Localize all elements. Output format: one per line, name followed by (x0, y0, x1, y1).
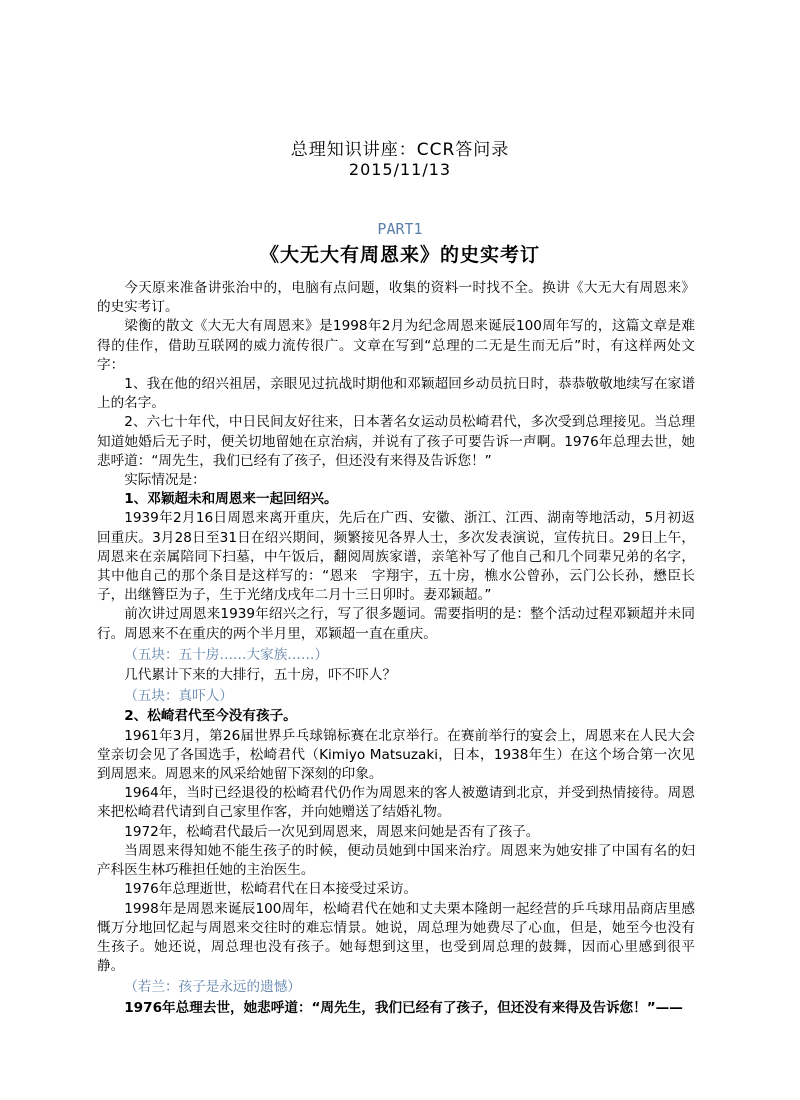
paragraph: 1939年2月16日周恩来离开重庆，先后在广西、安徽、浙江、江西、湖南等地活动，… (97, 509, 695, 605)
paragraph: 1964年，当时已经退役的松崎君代仍作为周恩来的客人被邀请到北京，并受到热情接待… (97, 784, 695, 822)
paragraph: 几代累计下来的大排行，五十房，吓不吓人？ (97, 666, 695, 685)
audience-note: （若兰：孩子是永远的遗憾） (97, 978, 695, 997)
paragraph: 梁衡的散文《大无大有周恩来》是1998年2月为纪念周恩来诞辰100周年写的，这篇… (97, 317, 695, 375)
document-body: 今天原来准备讲张治中的，电脑有点问题，收集的资料一时找不全。换讲《大无大有周恩来… (97, 279, 695, 1018)
bold-heading: 2、松崎君代至今没有孩子。 (97, 707, 695, 726)
paragraph: 实际情况是： (97, 471, 695, 490)
paragraph: 1972年，松崎君代最后一次见到周恩来，周恩来问她是否有了孩子。 (97, 823, 695, 842)
part-label: PART1 (0, 220, 800, 238)
bold-heading: 1、邓颖超未和周恩来一起回绍兴。 (97, 490, 695, 509)
paragraph: 1998年是周恩来诞辰100周年，松崎君代在她和丈夫栗本隆朗一起经营的乒乓球用品… (97, 900, 695, 977)
audience-note: （五块：真吓人） (97, 687, 695, 706)
paragraph: 2、六七十年代，中日民间友好往来，日本著名女运动员松崎君代，多次受到总理接见。当… (97, 413, 695, 471)
section-title: 《大无大有周恩来》的史实考订 (0, 240, 800, 267)
paragraph: 1、我在他的绍兴祖居，亲眼见过抗战时期他和邓颖超回乡动员抗日时，恭恭敬敬地续写在… (97, 375, 695, 413)
bold-quote: 1976年总理去世，她悲呼道：“周先生，我们已经有了孩子，但还没有来得及告诉您！… (97, 999, 695, 1018)
paragraph: 1961年3月，第26届世界乒乓球锦标赛在北京举行。在赛前举行的宴会上，周恩来在… (97, 727, 695, 785)
paragraph: 当周恩来得知她不能生孩子的时候，便动员她到中国来治疗。周恩来为她安排了中国有名的… (97, 842, 695, 880)
paragraph: 今天原来准备讲张治中的，电脑有点问题，收集的资料一时找不全。换讲《大无大有周恩来… (97, 279, 695, 317)
document-date: 2015/11/13 (0, 160, 800, 179)
paragraph: 1976年总理逝世，松崎君代在日本接受过采访。 (97, 880, 695, 899)
paragraph: 前次讲过周恩来1939年绍兴之行，写了很多题词。需要指明的是：整个活动过程邓颖超… (97, 605, 695, 643)
document-title: 总理知识讲座：CCR答问录 (0, 135, 800, 160)
audience-note: （五块：五十房……大家族……） (97, 646, 695, 665)
